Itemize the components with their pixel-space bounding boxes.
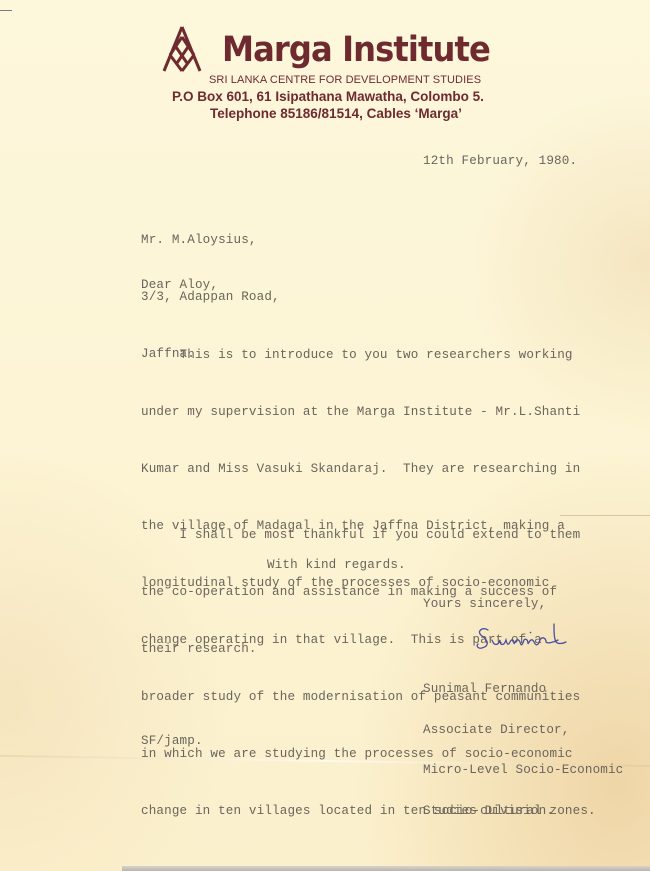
body-line: Kumar and Miss Vasuki Skandaraj. They ar… bbox=[141, 460, 596, 479]
signatory-name: Sunimal Fernando bbox=[423, 683, 623, 697]
salutation: Dear Aloy, bbox=[141, 276, 218, 295]
recipient-line: Mr. M.Aloysius, bbox=[141, 231, 280, 250]
marga-logo-icon bbox=[160, 23, 205, 73]
reference-initials: SF/jamp. bbox=[141, 732, 203, 751]
organization-telephone: Telephone 85186/81514, Cables ‘Marga’ bbox=[210, 106, 462, 121]
organization-subtitle: SRI LANKA CENTRE FOR DEVELOPMENT STUDIES bbox=[209, 74, 481, 86]
closing-regards: With kind regards. bbox=[267, 556, 406, 575]
signatory-title: Associate Director, bbox=[423, 724, 623, 738]
organization-name: Marga Institute bbox=[222, 30, 490, 70]
paper-bottom-edge bbox=[122, 866, 650, 871]
corner-mark bbox=[0, 10, 12, 11]
letter-date: 12th February, 1980. bbox=[423, 152, 577, 171]
body-line: under my supervision at the Marga Instit… bbox=[141, 403, 596, 422]
signatory-division: Micro-Level Socio-Economic bbox=[423, 764, 623, 778]
signature-icon bbox=[474, 618, 569, 658]
body-line: I shall be most thankful if you could ex… bbox=[141, 526, 580, 545]
signatory-block: Sunimal Fernando Associate Director, Mic… bbox=[423, 656, 623, 832]
body-line: This is to introduce to you two research… bbox=[141, 346, 596, 365]
organization-address: P.O Box 601, 61 Isipathana Mawatha, Colo… bbox=[172, 89, 484, 104]
signatory-division: Studies Division. bbox=[423, 805, 623, 819]
closing-sincerely: Yours sincerely, bbox=[423, 595, 546, 614]
